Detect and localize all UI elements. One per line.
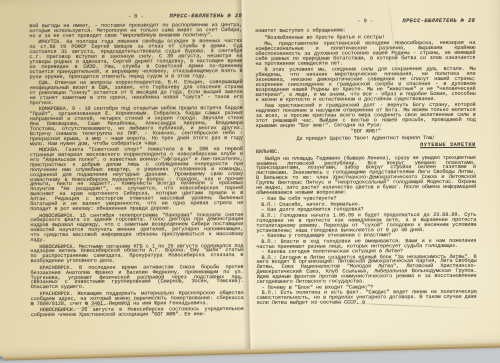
paragraph: КРАСНОЯРСК. Желающим поддержать материал…	[31, 291, 244, 307]
page-left-body: вой выгоды не имеет, - поставки производ…	[29, 23, 244, 318]
paragraph: В.П.: Голодовка начата 1.06.89 и будет п…	[256, 213, 476, 234]
paragraph: МОСКВА. Газета "Советский спорт" помести…	[30, 147, 243, 212]
page-left: - 8 - ПРЕСС-БЮЛЛЕТЕНЬ № 28 вой выгоды не…	[29, 14, 244, 311]
page-right-body: комитет выступил с обращением:"Возлюблен…	[255, 28, 476, 306]
paragraph: В.П.: Есть политика и есть факт. "Саюдис…	[257, 290, 477, 306]
paper-spread: - 8 - ПРЕСС-БЮЛЛЕТЕНЬ № 28 вой выгоды не…	[0, 0, 500, 357]
paragraph: США. Отвечая на вопросы корреспондентов,…	[30, 80, 243, 106]
paragraph: В.П.: Сегодня в Литве создается единый б…	[256, 254, 476, 285]
paragraph: Да приидет Царство Твое! Адвентист Кирил…	[256, 136, 476, 142]
paragraph: Наш христианский и гражданский долг - ве…	[256, 103, 476, 129]
paragraph: ИРКУТСК. На полтора года лишения свободы…	[29, 39, 242, 79]
paragraph: НОВОСИБИРСК. 15 сентября телепрограмма "…	[30, 213, 243, 244]
page-right: - 9 - ПРЕСС-БЮЛЛЕТЕНЬ № 28 комитет высту…	[255, 19, 477, 320]
masthead-right: ПРЕСС-БЮЛЛЕТЕНЬ № 28	[403, 19, 476, 24]
paragraph: В этих условиях мы, соединив силы для со…	[255, 67, 475, 102]
paragraph: КОМАРОВКА. 9 - 10 сентября под открытым …	[30, 106, 243, 146]
page-left-header: - 8 - ПРЕСС-БЮЛЛЕТЕНЬ № 28	[29, 14, 242, 22]
paragraph: вой выгоды не имеет, - поставки производ…	[29, 23, 242, 39]
spread-inner: - 8 - ПРЕСС-БЮЛЛЕТЕНЬ № 28 вой выгоды не…	[0, 0, 500, 351]
page-right-header: - 9 - ПРЕСС-БЮЛЛЕТЕНЬ № 28	[255, 19, 475, 27]
paragraph: ПУТЕВЫЕ ЗАМЕТКИ	[256, 142, 476, 148]
paragraph: Мы, представители христианской молодежи …	[255, 41, 475, 67]
masthead-left: ПРЕСС-БЮЛЛЕТЕНЬ № 28	[169, 14, 242, 19]
paragraph: НОВОСИБИРСК. 26 августа в Новосибирске с…	[31, 307, 244, 318]
scanned-bulletin-photo: - 8 - ПРЕСС-БЮЛЛЕТЕНЬ № 28 вой выгоды не…	[0, 0, 500, 363]
paragraph: НОВОСИБИРСК. Местными органами КГБ с 1 п…	[30, 244, 243, 265]
paragraph: комитет выступил с обращением:	[255, 28, 475, 34]
paragraph: КРАСНОЯРСК. В последнее время активистам…	[31, 265, 244, 291]
paragraph: "БОГ ЖИВ!"	[256, 129, 476, 135]
paragraph: Выйдя на площадь Гедимино (бывшую Ленина…	[256, 155, 476, 195]
